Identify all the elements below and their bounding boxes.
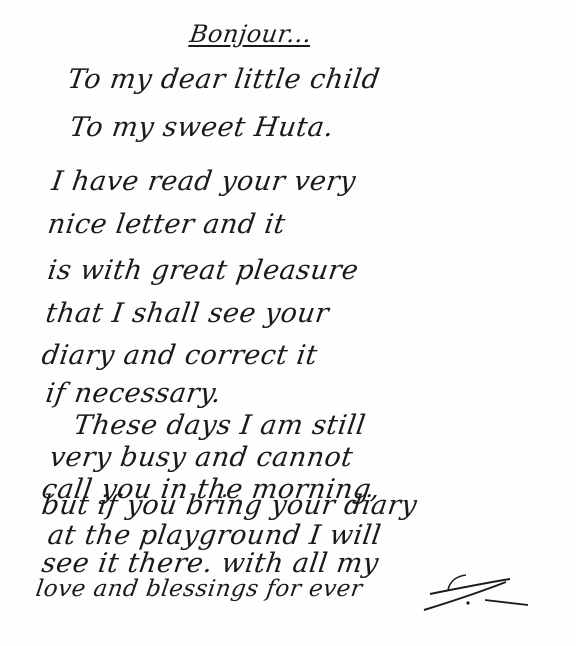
letter-line: if necessary. xyxy=(44,378,224,409)
letter-line: diary and correct it xyxy=(40,340,320,371)
letter-line: see it there. with all my xyxy=(40,548,381,579)
handwritten-letter: Bonjour... To my dear little child To my… xyxy=(0,0,576,646)
letter-greeting: Bonjour... xyxy=(188,20,314,48)
letter-line: nice letter and it xyxy=(46,209,288,240)
letter-line: at the playground I will xyxy=(46,520,383,551)
signature-mark xyxy=(410,570,535,620)
letter-line: that I shall see your xyxy=(44,298,331,329)
letter-line: but if you bring your diary xyxy=(40,490,419,521)
letter-line: I have read your very xyxy=(50,166,358,197)
letter-line: To my dear little child xyxy=(66,64,382,95)
letter-line: love and blessings for ever xyxy=(34,576,364,602)
letter-line: very busy and cannot xyxy=(48,442,355,473)
letter-line: To my sweet Huta. xyxy=(68,112,336,143)
letter-line: These days I am still xyxy=(72,410,368,441)
letter-line: is with great pleasure xyxy=(46,255,361,286)
